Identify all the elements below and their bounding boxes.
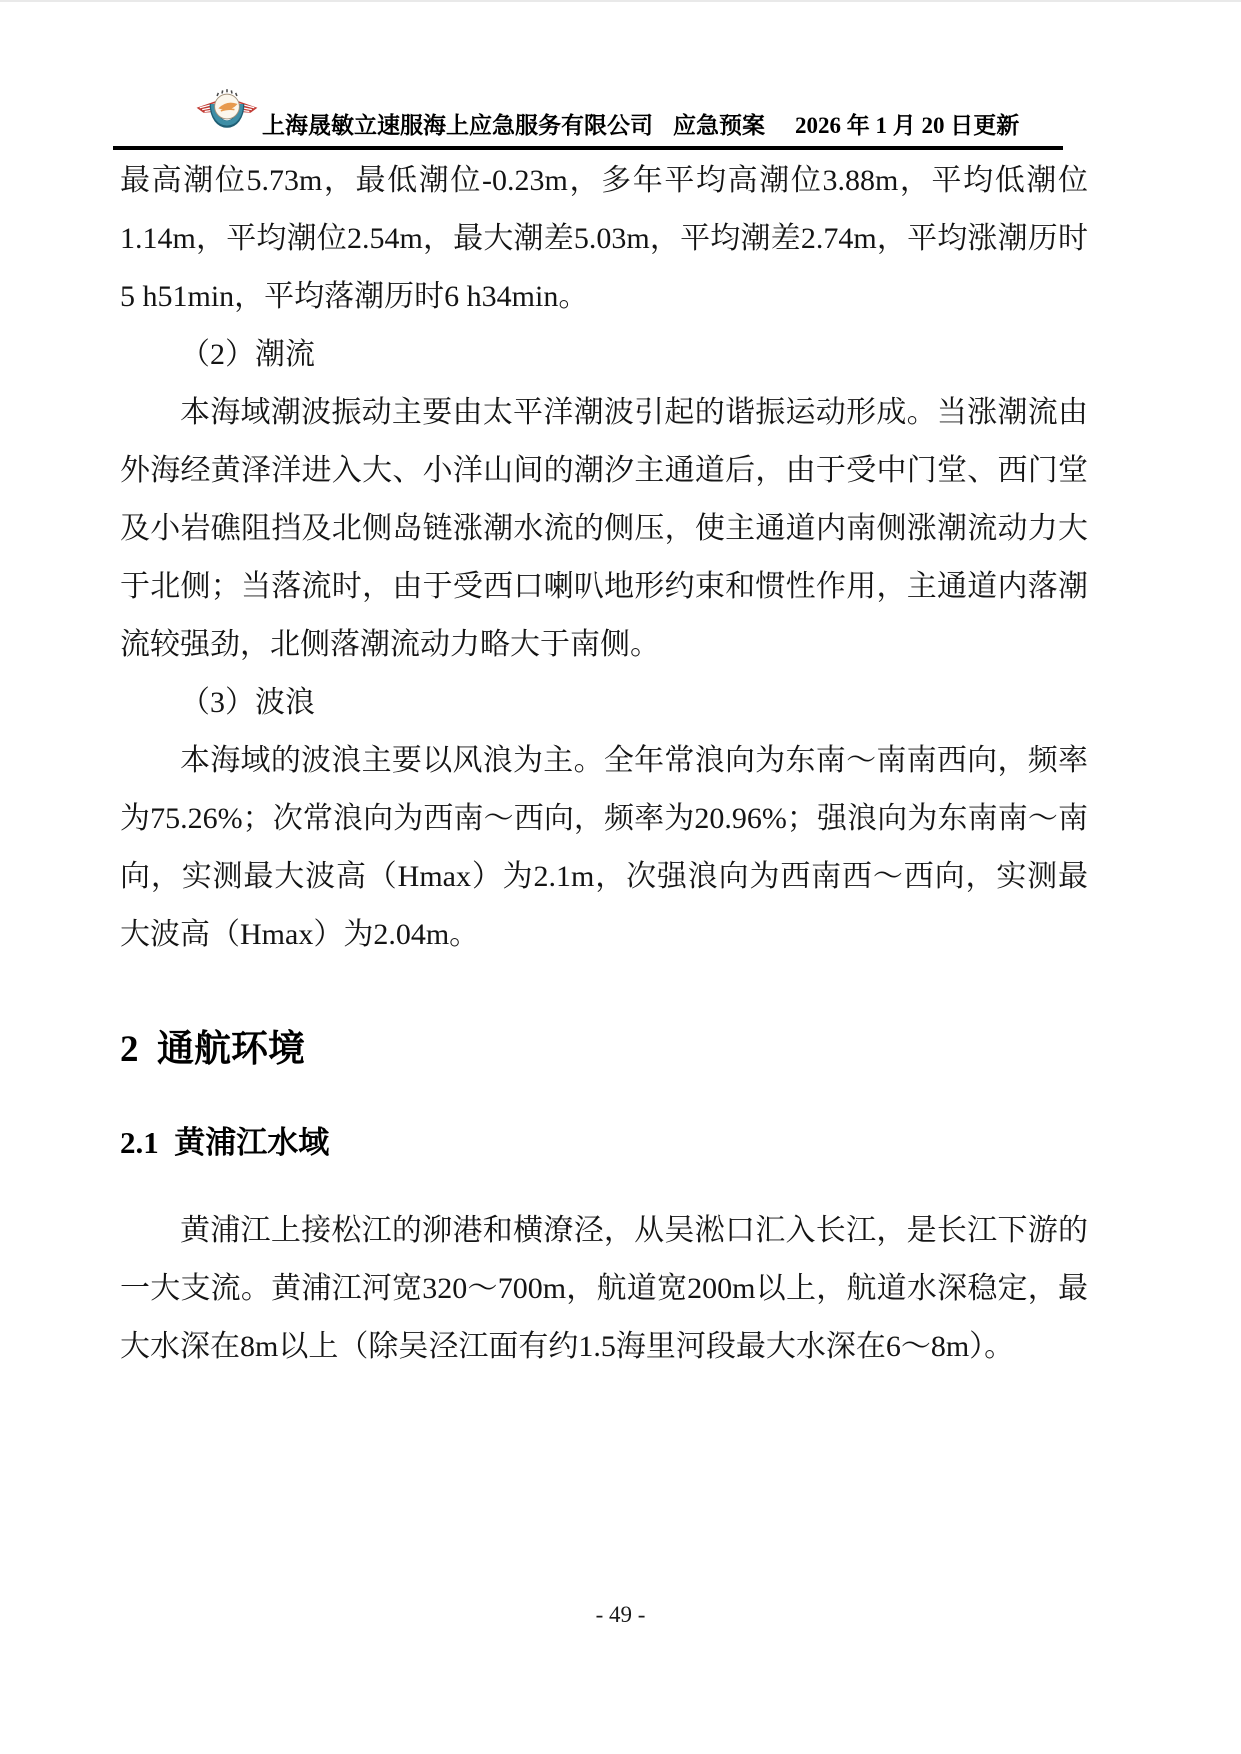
subheading-waves: （3）波浪: [120, 674, 1088, 732]
subsection-heading-huangpu-river: 2.1 黄浦江水域: [120, 1120, 1088, 1166]
page-number: - 49 -: [596, 1602, 646, 1627]
document-page: 上海晟敏立速服海上应急服务有限公司 应急预案 2026 年 1 月 20 日更新…: [0, 0, 1241, 1754]
document-body: 最高潮位5.73m，最低潮位-0.23m，多年平均高潮位3.88m，平均低潮位1…: [120, 152, 1088, 1376]
header-update-date: 2026 年 1 月 20 日更新: [795, 110, 1019, 142]
header-rule: [113, 146, 1063, 150]
section-heading-navigation-environment: 2 通航环境: [120, 1026, 1088, 1074]
paragraph-tide-levels: 最高潮位5.73m，最低潮位-0.23m，多年平均高潮位3.88m，平均低潮位1…: [120, 152, 1088, 326]
paragraph-huangpu-river: 黄浦江上接松江的泖港和横潦泾，从吴淞口汇入长江，是长江下游的一大支流。黄浦江河宽…: [120, 1202, 1088, 1376]
header-company-name: 上海晟敏立速服海上应急服务有限公司: [262, 110, 653, 142]
company-logo-icon: [196, 83, 258, 140]
header-text-line: 上海晟敏立速服海上应急服务有限公司 应急预案 2026 年 1 月 20 日更新: [262, 110, 1019, 142]
page-footer: - 49 -: [0, 1600, 1241, 1630]
header-document-type: 应急预案: [673, 110, 765, 142]
page-header: 上海晟敏立速服海上应急服务有限公司 应急预案 2026 年 1 月 20 日更新: [0, 2, 1241, 152]
paragraph-waves: 本海域的波浪主要以风浪为主。全年常浪向为东南～南南西向，频率为75.26%；次常…: [120, 732, 1088, 964]
paragraph-tidal-current: 本海域潮波振动主要由太平洋潮波引起的谐振运动形成。当涨潮流由外海经黄泽洋进入大、…: [120, 384, 1088, 674]
subheading-tidal-current: （2）潮流: [120, 326, 1088, 384]
